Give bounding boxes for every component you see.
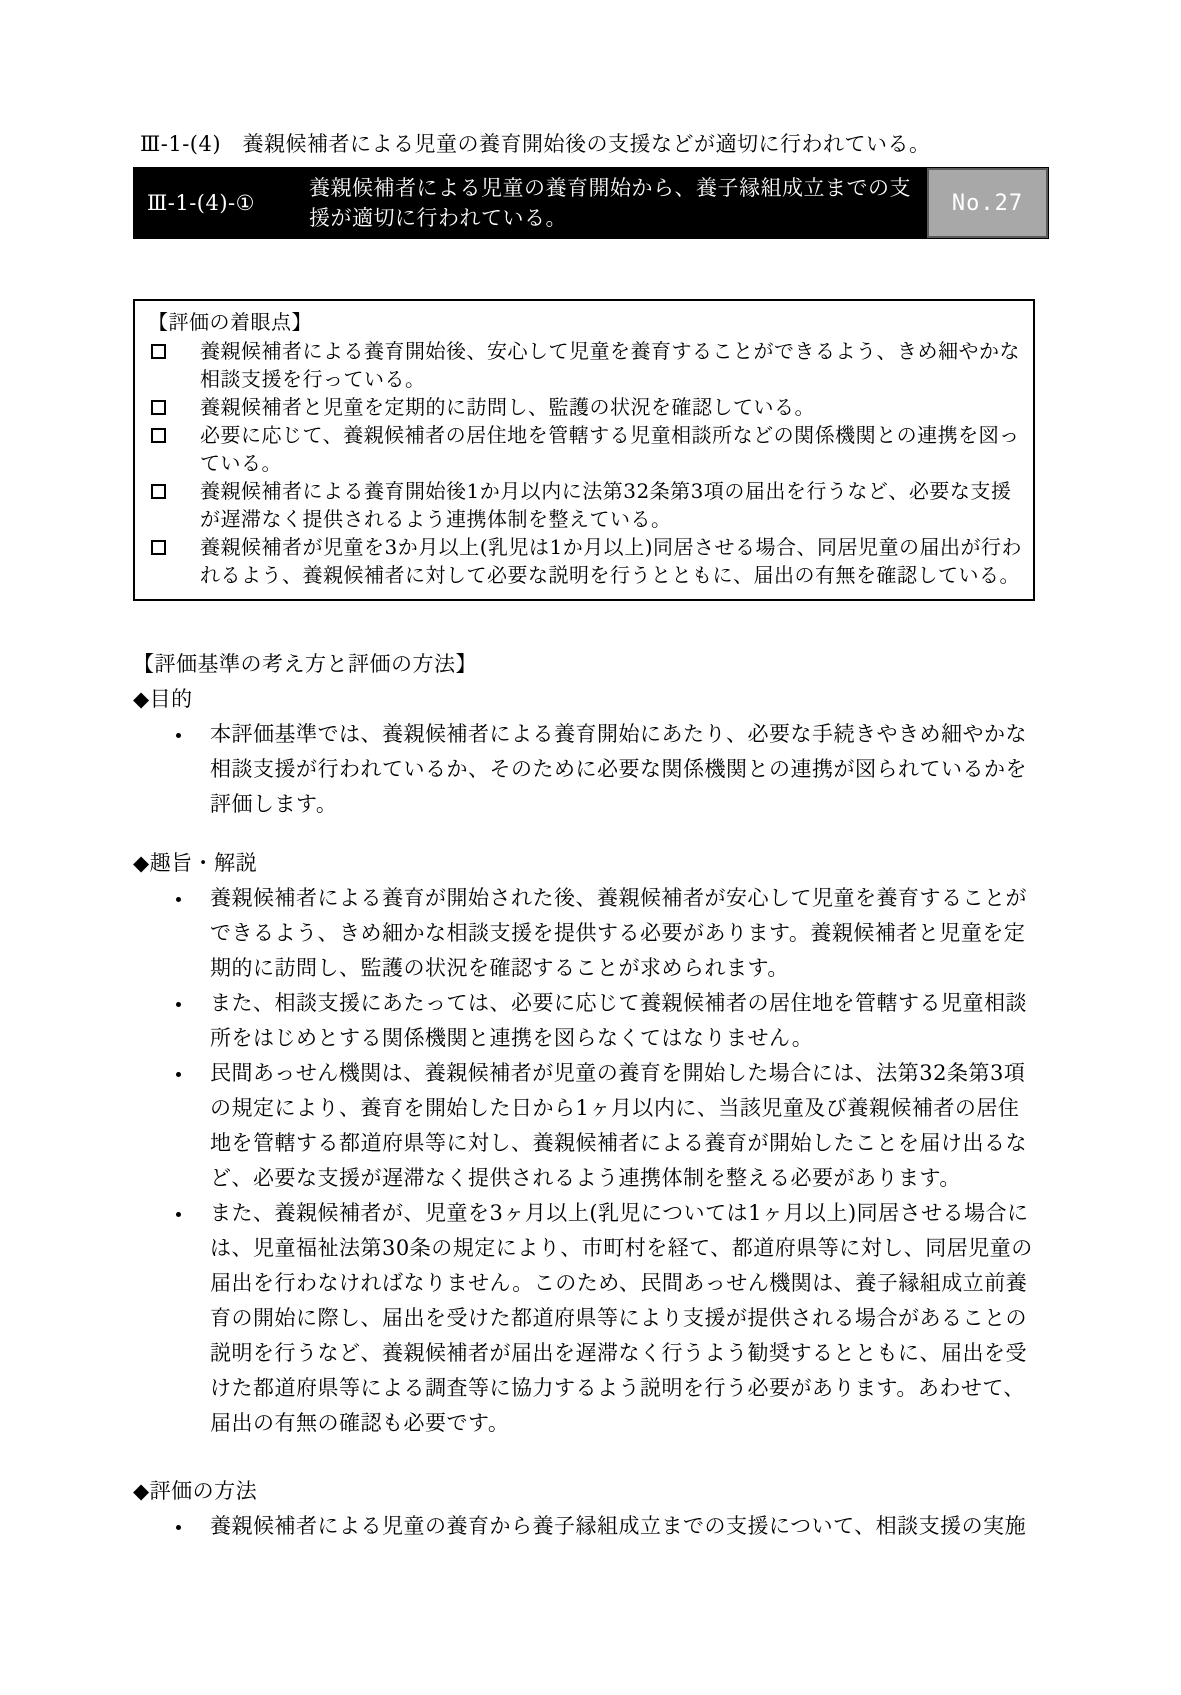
criterion-code: Ⅲ-1-(4)-① [134,191,309,215]
criteria-body: 【評価基準の考え方と評価の方法】 ◆目的 本評価基準では、養親候補者による養育開… [133,647,1049,1544]
bullet-icon [176,733,181,738]
section-purpose: ◆目的 本評価基準では、養親候補者による養育開始にあたり、必要な手続きやきめ細や… [133,682,1049,822]
bullet-text: また、養親候補者が、児童を3ヶ月以上(乳児については1ヶ月以上)同居させる場合に… [210,1196,1038,1441]
bullet-icon [176,1072,181,1077]
document-page: Ⅲ-1-(4) 養親候補者による児童の養育開始後の支援などが適切に行われている。… [0,0,1181,1695]
checklist-item: 養親候補者が児童を3か月以上(乳児は1か月以上)同居させる場合、同居児童の届出が… [148,533,1025,589]
evaluation-focus-box: 【評価の着眼点】 養親候補者による養育開始後、安心して児童を養育することができる… [133,299,1035,601]
checklist-item: 養親候補者による養育開始後1か月以内に法第32条第3項の届出を行うなど、必要な支… [148,477,1025,533]
checklist-item-text: 養親候補者による養育開始後、安心して児童を養育することができるよう、きめ細やかな… [200,337,1025,393]
bullet-item: 本評価基準では、養親候補者による養育開始にあたり、必要な手続きやきめ細やかな相談… [133,717,1049,822]
criterion-statement: 養親候補者による児童の養育開始から、養子縁組成立までの支援が適切に行われている。 [309,173,924,233]
bullet-item: また、相談支援にあたっては、必要に応じて養親候補者の居住地を管轄する児童相談所を… [133,986,1049,1056]
bullet-icon [176,1002,181,1007]
checkbox-icon [151,400,166,415]
criteria-heading: 【評価基準の考え方と評価の方法】 [133,647,1049,682]
bullet-text: また、相談支援にあたっては、必要に応じて養親候補者の居住地を管轄する児童相談所を… [210,986,1038,1056]
checklist-item-text: 養親候補者と児童を定期的に訪問し、監護の状況を確認している。 [200,393,1025,421]
checkbox-icon [151,484,166,499]
section-explanation: ◆趣旨・解説 養親候補者による養育が開始された後、養親候補者が安心して児童を養育… [133,846,1049,1441]
checkbox-icon [151,540,166,555]
criterion-number-badge: No.27 [927,168,1048,238]
criterion-header-cell: Ⅲ-1-(4)-① 養親候補者による児童の養育開始から、養子縁組成立までの支援が… [134,168,927,238]
checklist-item-text: 必要に応じて、養親候補者の居住地を管轄する児童相談所などの関係機関との連携を図っ… [200,421,1025,477]
checklist-item-text: 養親候補者による養育開始後1か月以内に法第32条第3項の届出を行うなど、必要な支… [200,477,1025,533]
section-purpose-title: ◆目的 [133,682,1049,717]
checklist-item-text: 養親候補者が児童を3か月以上(乳児は1か月以上)同居させる場合、同居児童の届出が… [200,533,1025,589]
bullet-item: 養親候補者による養育が開始された後、養親候補者が安心して児童を養育することができ… [133,881,1049,986]
criterion-header-table: Ⅲ-1-(4)-① 養親候補者による児童の養育開始から、養子縁組成立までの支援が… [133,167,1049,239]
document-section-title: Ⅲ-1-(4) 養親候補者による児童の養育開始後の支援などが適切に行われている。 [140,130,1049,159]
bullet-item: 養親候補者による児童の養育から養子縁組成立までの支援について、相談支援の実施 [133,1509,1049,1544]
bullet-icon [176,1212,181,1217]
section-method-title: ◆評価の方法 [133,1474,1049,1509]
checkbox-icon [151,344,166,359]
bullet-item: 民間あっせん機関は、養親候補者が児童の養育を開始した場合には、法第32条第3項の… [133,1056,1049,1196]
bullet-icon [176,897,181,902]
checklist-item: 必要に応じて、養親候補者の居住地を管轄する児童相談所などの関係機関との連携を図っ… [148,421,1025,477]
checklist-item: 養親候補者と児童を定期的に訪問し、監護の状況を確認している。 [148,393,1025,421]
bullet-icon [176,1525,181,1530]
section-explanation-title: ◆趣旨・解説 [133,846,1049,881]
checkbox-icon [151,428,166,443]
checklist-item: 養親候補者による養育開始後、安心して児童を養育することができるよう、きめ細やかな… [148,337,1025,393]
bullet-text: 民間あっせん機関は、養親候補者が児童の養育を開始した場合には、法第32条第3項の… [210,1056,1038,1196]
bullet-item: また、養親候補者が、児童を3ヶ月以上(乳児については1ヶ月以上)同居させる場合に… [133,1196,1049,1441]
focus-box-heading: 【評価の着眼点】 [148,308,1025,336]
bullet-text: 養親候補者による児童の養育から養子縁組成立までの支援について、相談支援の実施 [210,1509,1038,1544]
bullet-text: 本評価基準では、養親候補者による養育開始にあたり、必要な手続きやきめ細やかな相談… [210,717,1038,822]
bullet-text: 養親候補者による養育が開始された後、養親候補者が安心して児童を養育することができ… [210,881,1038,986]
section-method: ◆評価の方法 養親候補者による児童の養育から養子縁組成立までの支援について、相談… [133,1474,1049,1544]
